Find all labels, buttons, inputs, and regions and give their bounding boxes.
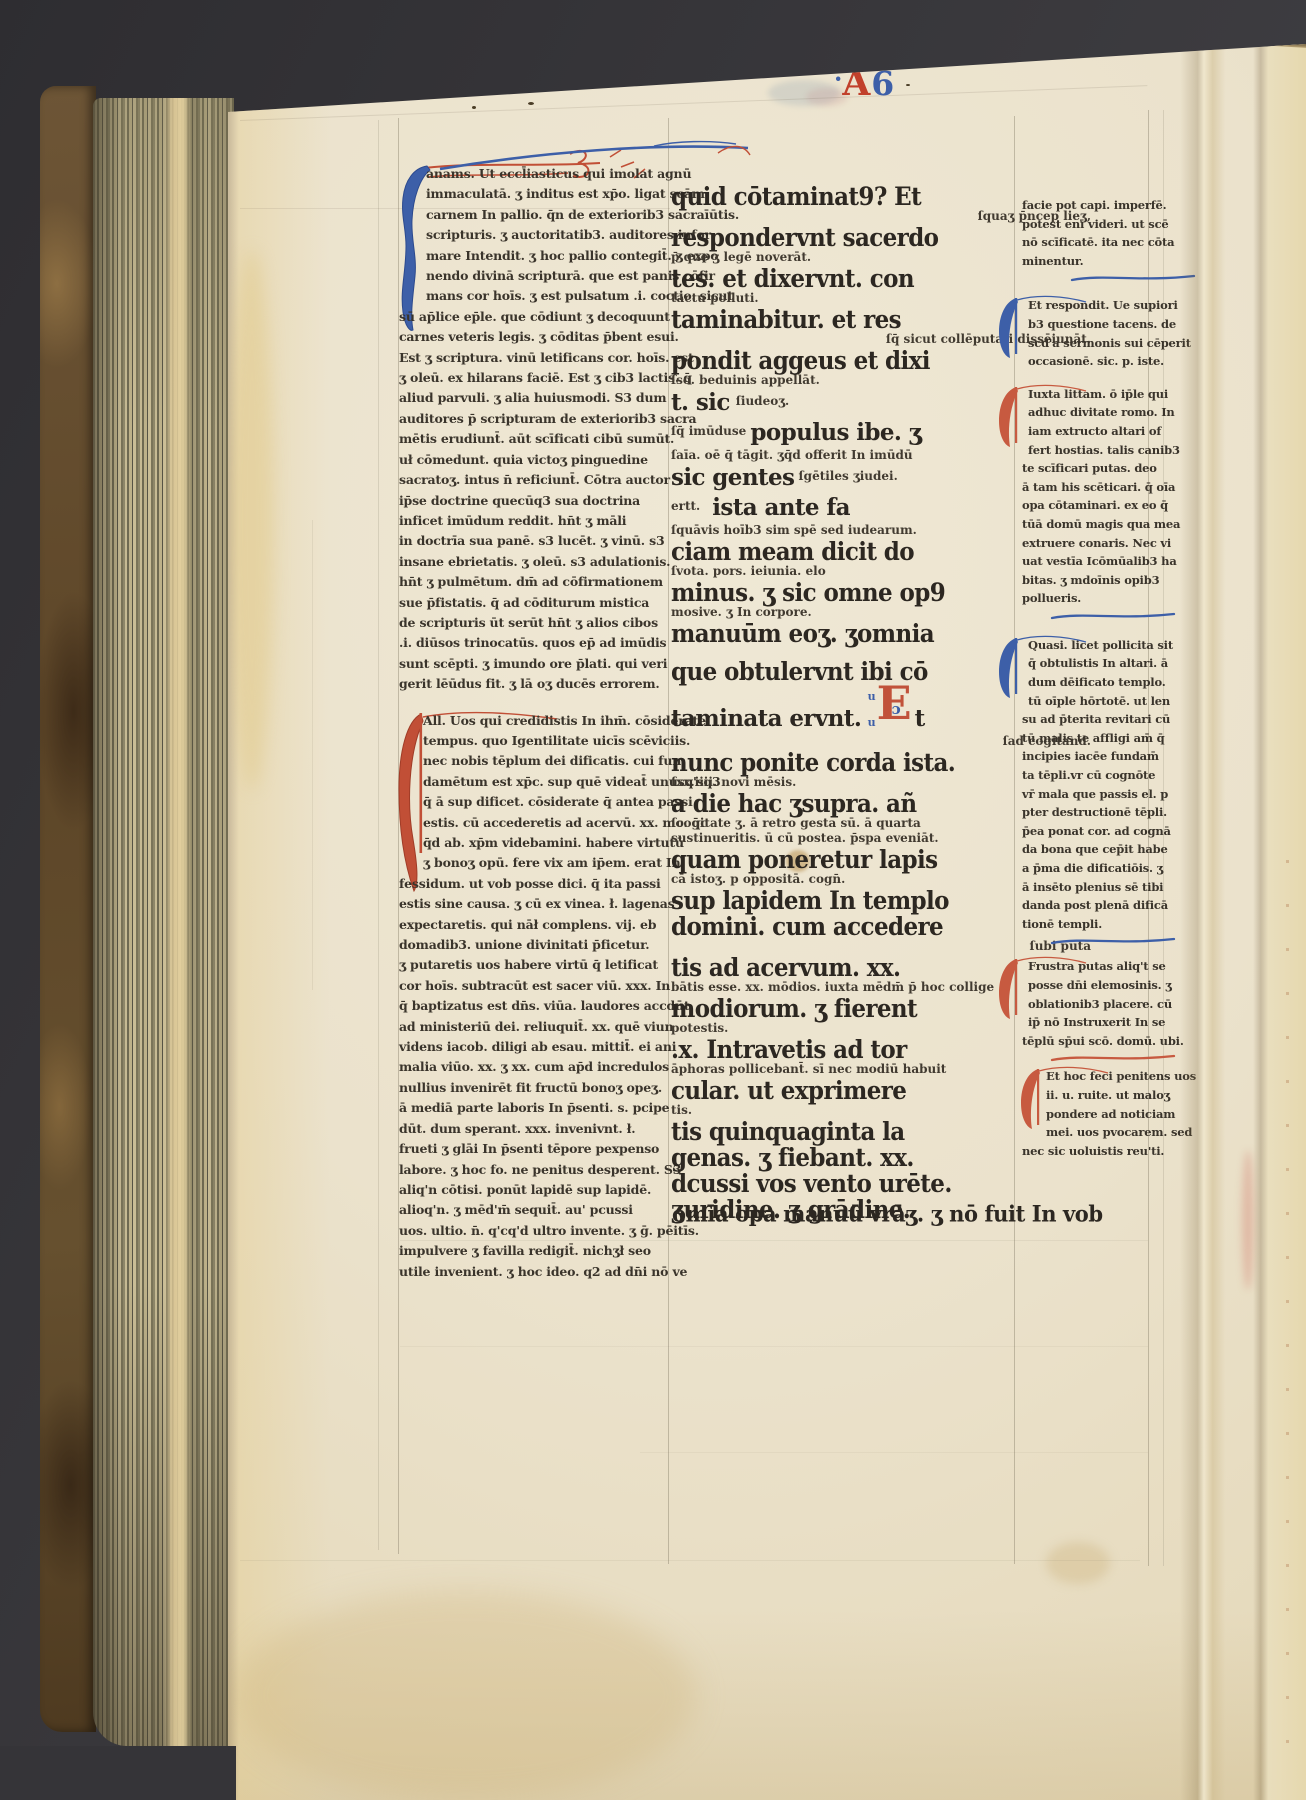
gloss-line: oblationib3 placere. cū (1022, 995, 1198, 1014)
gloss-line: potest enī videri. ut scē (1022, 215, 1198, 234)
gloss-line: cor hoīs. subtracūt est sacer viū. xxx. … (399, 976, 673, 996)
gloss-line: su ad p̄terita revitari cū (1022, 710, 1198, 729)
manuscript-photo: ·A6 anams. Ut eccl̄iasticus qui imolat a… (0, 0, 1306, 1800)
gloss-line: mētis erudiunt̄. aūt scīficati cibū sumū… (399, 429, 673, 449)
gloss-line: mans cor hoīs. ʒ est pulsatum .i. coctio… (399, 286, 673, 306)
gloss-line: uat vestīa Icōmūalib3 ha (1022, 552, 1198, 571)
gloss-line: tēplū sp̄ui scō. domū. ubi. (1022, 1032, 1198, 1051)
gloss-line: extruere conaris. Nec vi (1022, 534, 1198, 553)
gloss-line: scd'a sermonis sui cēperit (1022, 334, 1198, 353)
gloss-paragraph: Quasi. licet pollicita sitq̄ obtulistis … (1022, 636, 1198, 944)
gloss-line: sue p̄fistatis. q̄ ad cōditurum mistica (399, 593, 673, 613)
lemma-segment: t. sic (671, 389, 730, 416)
gloss-line: q̄d ab. xp̄m videbamini. habere virtutū (399, 833, 673, 853)
gloss-line: nendo divinā scripturā. que est panis cō… (399, 266, 673, 286)
gloss-line: ʒ putaretis uos habere virtū q̄ letifica… (399, 955, 673, 975)
gloss-line: tū oīple hōrtotē. ut len (1022, 692, 1198, 711)
gloss-line: gerit lēūdus fit. ʒ lā oʒ ducēs errorem. (399, 674, 673, 694)
gloss-segment: ertt. (671, 499, 712, 513)
stain (236, 1590, 696, 1800)
gloss-line: labore. ʒ hoc fo. ne penitus desperent. … (399, 1160, 673, 1180)
gloss-line: ad ministeriū dei. reliuquit̄. xx. quē v… (399, 1017, 673, 1037)
gloss-line: anams. Ut eccl̄iasticus qui imolat agnū (399, 164, 673, 184)
gloss-line: scripturis. ʒ auctoritatib3. auditores i… (399, 225, 673, 245)
gloss-line: aliud parvuli. ʒ alia huiusmodi. S3 dum (399, 388, 673, 408)
running-title-letter-a: A (842, 62, 871, 104)
bottom-lemma-line: omīa opa manuū vrāʒ. ʒ nō fuit In vob (672, 1200, 1102, 1227)
gloss-line: .i. diūsos trinocatūs. quos ep̄ ad imūdi… (399, 633, 673, 653)
gloss-line: expectaretis. qui nāł complens. vij. eb (399, 915, 673, 935)
gloss-line: q̄ obtulistis In altari. ā (1022, 654, 1198, 673)
gloss-line: Frustra putas aliq't se (1022, 957, 1198, 976)
speck (906, 84, 910, 86)
gloss-line: videns iacob. diligi ab esau. mittit̄. e… (399, 1037, 673, 1057)
gloss-line: Quasi. licet pollicita sit (1022, 636, 1198, 655)
gloss-paragraph: Iuxta littam. ō ip̄le quiadhuc divitate … (1022, 385, 1198, 618)
gloss-line: All. Uos qui credidistis In ihm̄. cōside… (399, 711, 673, 731)
lemma-segment: populus ibe. ʒ (750, 419, 921, 446)
gloss-paragraph: Et hoc feci penitens uosii. u. ruite. ut… (1022, 1067, 1198, 1160)
gloss-line: ʒ bonoʒ opū. fere vix am ip̄em. erat In (399, 853, 673, 873)
gloss-line: tempus. quo Igentilitate uicīs scēviciis… (399, 731, 673, 751)
gloss-line: aliq'n cōtisi. ponūt lapidē sup lapidē. (399, 1180, 673, 1200)
gloss-line: frueti ʒ glāi In p̄senti tēpore pexpenso (399, 1139, 673, 1159)
gloss-line: fert hostias. talis canib3 (1022, 441, 1198, 460)
gloss-line: da bona que cep̄it habe (1022, 840, 1198, 859)
ruling-line (640, 1452, 1148, 1453)
gloss-line: mare Intendit. ʒ hoc pallio contegit̄. ʒ… (399, 246, 673, 266)
gloss-line: a p̄ma die dificatiōis. ʒ (1022, 859, 1198, 878)
gloss-line: pondere ad noticiam (1022, 1105, 1198, 1124)
gloss-line: estis sine causa. ʒ cū ex vinea. ł. lage… (399, 894, 673, 914)
gloss-line: b3 questione tacens. de (1022, 315, 1198, 334)
gloss-line: alioq'n. ʒ mēd'm̄ sequit̄. au' pcussi (399, 1200, 673, 1220)
lemma-segment: taminata ervnt. (671, 705, 869, 732)
gloss-line: nec nobis tēplum dei dificatis. cui fun (399, 751, 673, 771)
gloss-line: opa cōtaminari. ex eo q̄ (1022, 496, 1198, 515)
line-filler-flourish (1050, 610, 1198, 618)
prick-marks (1286, 860, 1289, 1760)
page-top-edge (228, 0, 1306, 48)
lemma-segment: t (915, 705, 925, 732)
gloss-line: nō scīficatē. ita nec cōta (1022, 233, 1198, 252)
decorated-initial-s-blue (396, 164, 426, 306)
gloss-line: domadib3. unione divinitati p̄ficetur. (399, 935, 673, 955)
gloss-line: estis. cū accederetis ad acervū. xx. mo.… (399, 813, 673, 833)
gloss-line: sacratoʒ. intus n̄ reficiunt̄. Cōtra auc… (399, 470, 673, 490)
line-filler-flourish (1070, 272, 1198, 280)
gloss-line: te scīficari putas. deo (1022, 459, 1198, 478)
gloss-line: insane ebrietatis. ʒ oleū. s3 adulationi… (399, 552, 673, 572)
book-spine (40, 86, 96, 1732)
ruling-line (378, 120, 379, 1550)
gloss-line: hn̄t ʒ pulmētum. dm̄ ad cōfirmationem (399, 572, 673, 592)
gloss-line: inficet imūdum reddit. hn̄t ʒ māli (399, 511, 673, 531)
gloss-paragraph: Et respondit. Ue supiorib3 questione tac… (1022, 296, 1198, 370)
gloss-line: tū malis te affligi am̄ q̄ (1022, 729, 1198, 748)
gloss-line: uł cōmedunt. quia victoʒ pinguedine (399, 450, 673, 470)
gloss-line: pter destructionē tēpli. (1022, 803, 1198, 822)
gloss-line: tūā domū magis qua mea (1022, 515, 1198, 534)
lemma-segment: ista ante fa (712, 494, 850, 521)
gloss-line: q̄ ā sup dificet. cōsiderate q̄ antea pa… (399, 792, 673, 812)
page-edge-stack (93, 98, 234, 1746)
speck (472, 106, 476, 109)
decorated-initial-e-red (1022, 1067, 1046, 1123)
decorated-initial-a-red (395, 711, 423, 861)
et-penwork-mark: u (868, 710, 876, 736)
gloss-line: carnes veteris legis. ʒ cōditas p̄bent e… (399, 327, 673, 347)
gloss-line: ta tēpli.vr cū cognōte (1022, 766, 1198, 785)
gloss-line: minentur. (1022, 252, 1198, 271)
text-column-right: facie pot capi. imperfē.potest enī vider… (1022, 196, 1198, 1160)
gloss-line: carnem In pallio. q̄n de exteriorib3 sac… (399, 205, 673, 225)
ruling-line (240, 85, 1147, 121)
gloss-line: ip̄ nō Instruxerit In se (1022, 1013, 1198, 1032)
et-filigree: ɔ (892, 696, 901, 722)
ruling-line (240, 1560, 1140, 1561)
speck (528, 102, 534, 105)
gloss-segment: ſgētiles ʒiudei. (794, 469, 897, 483)
gloss-line: ʒ oleū. ex hilarans faciē. Est ʒ cib3 la… (399, 368, 673, 388)
gloss-paragraph: All. Uos qui credidistis In ihm̄. cōside… (399, 711, 673, 1282)
gloss-line: nullius invenirēt fit fructū bonoʒ opeʒ. (399, 1078, 673, 1098)
ruling-line (312, 520, 313, 990)
penwork-et-initial: uEɔu (869, 696, 915, 734)
gloss-line: sunt scēpti. ʒ imundo ore p̄lati. qui ve… (399, 654, 673, 674)
line-filler-flourish (1050, 1052, 1198, 1060)
gloss-line: Et hoc feci penitens uos (1022, 1067, 1198, 1086)
gloss-paragraph: facie pot capi. imperfē.potest enī vider… (1022, 196, 1198, 280)
lemma-segment: sic gentes (671, 464, 794, 491)
gloss-line: dūt. dum sperant. xxx. invenivnt. ł. (399, 1119, 673, 1139)
gloss-line: auditores p̄ scripturam de exteriorib3 s… (399, 409, 673, 429)
gloss-line: pollueris. (1022, 589, 1198, 608)
gloss-line: Iuxta littam. ō ip̄le qui (1022, 385, 1198, 404)
text-column-left: anams. Ut eccl̄iasticus qui imolat agnūi… (399, 164, 673, 1282)
gloss-line: sū ap̄lice ep̄le. que cōdiunt ʒ decoquun… (399, 307, 673, 327)
gloss-line: ip̄se doctrine quecūq3 sua doctrina (399, 491, 673, 511)
gloss-line: Et respondit. Ue supiori (1022, 296, 1198, 315)
gloss-line: utile invenient. ʒ hoc ideo. q2 ad dn̄i … (399, 1262, 673, 1282)
gloss-line: in doctrīa sua panē. s3 lucēt. ʒ vinū. s… (399, 531, 673, 551)
running-title-letter-g: 6 (871, 64, 894, 103)
gloss-line: ā mediā parte laboris In p̄senti. s. pci… (399, 1098, 673, 1118)
et-penwork-mark: u (868, 684, 876, 710)
background-corner (0, 1746, 236, 1800)
gloss-segment: ſq̄ imūduse (671, 424, 750, 438)
gloss-line: iam extructo altari of (1022, 422, 1198, 441)
gloss-line: Est ʒ scriptura. vinū letificans cor. ho… (399, 348, 673, 368)
gloss-line: malia viūo. xx. ʒ xx. cum ap̄d incredulo… (399, 1057, 673, 1077)
gloss-line: facie pot capi. imperfē. (1022, 196, 1198, 215)
gloss-line: q̄ baptizatus est dn̄s. viūa. laudores a… (399, 996, 673, 1016)
gloss-line: incipies iacēe fundam̄ (1022, 747, 1198, 766)
gloss-line: mei. uos pvocarem. sed (1022, 1123, 1198, 1142)
gloss-line: tionē templi. (1022, 915, 1198, 934)
running-title: ·A6 (834, 62, 894, 104)
gloss-line: ā tam his scēticari. q̄ oīa (1022, 478, 1198, 497)
gloss-line: adhuc divitate romo. In (1022, 403, 1198, 422)
gloss-paragraph: anams. Ut eccl̄iasticus qui imolat agnūi… (399, 164, 673, 695)
gloss-line: ii. u. ruite. ut maloʒ (1022, 1086, 1198, 1105)
gloss-paragraph: Frustra putas aliq't seposse dn̄i elemos… (1022, 957, 1198, 1060)
ruling-line (400, 1346, 1148, 1347)
gloss-segment: ſiudeoʒ. (730, 394, 789, 408)
gloss-line: occasionē. sic. p. iste. (1022, 352, 1198, 371)
gloss-line: immaculatā. ʒ inditus est xp̄o. ligat sc… (399, 184, 673, 204)
gloss-line: bitas. ʒ mdoīnis opib3 (1022, 571, 1198, 590)
stain (230, 250, 274, 790)
line-filler-flourish (1050, 935, 1198, 943)
gloss-line: impulvere ʒ favilla redigit̄. nichʒł seo (399, 1241, 673, 1261)
gloss-line: danda post plenā dificā (1022, 896, 1198, 915)
gloss-line: ā insēto plenius sē tibi (1022, 878, 1198, 897)
gloss-line: p̄ea ponat cor. ad cognā (1022, 822, 1198, 841)
gloss-line: uos. ultio. n̄. q'cq'd ultro invente. ʒ … (399, 1221, 673, 1241)
gloss-line: fessidum. ut vob posse dici. q̄ ita pass… (399, 874, 673, 894)
gloss-line: dum dēificato templo. (1022, 673, 1198, 692)
gloss-line: nec sic uoluistis reu'ti. (1022, 1142, 1198, 1161)
gloss-line: vr̄ mala que passis el. p (1022, 785, 1198, 804)
stain (1046, 1542, 1110, 1584)
gloss-line: de scripturis ūt serūt hn̄t ʒ alios cibo… (399, 613, 673, 633)
gloss-line: posse dn̄i elemosinis. ʒ (1022, 976, 1198, 995)
gloss-line: damētum est xp̄c. sup quē videat̄ unusq'… (399, 772, 673, 792)
